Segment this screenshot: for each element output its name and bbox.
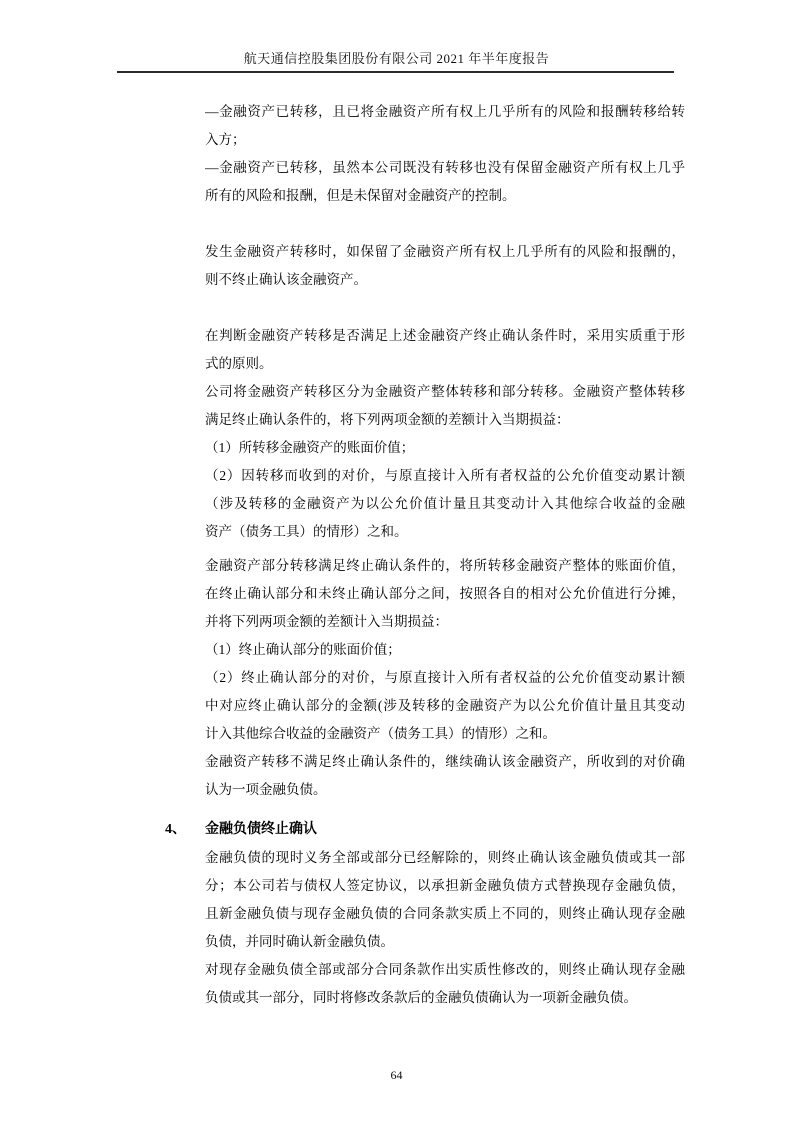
paragraph: 金融资产转移不满足终止确认条件的，继续确认该金融资产，所收到的对价确认为一项金融… xyxy=(205,748,685,804)
text-line: （1）所转移金融资产的账面价值； xyxy=(205,434,685,462)
paragraph: —金融资产已转移，虽然本公司既没有转移也没有保留金融资产所有权上几乎所有的风险和… xyxy=(205,154,685,210)
text-line: 负债或其一部分，同时将修改条款后的金融负债确认为一项新金融负债。 xyxy=(205,984,685,1012)
section-heading: 4、金融负债终止确认 xyxy=(165,816,685,844)
section-number: 4、 xyxy=(165,816,205,844)
report-header-title: 航天通信控股集团股份有限公司 2021 年半年度报告 xyxy=(0,50,793,68)
text-line: 对现存金融负债全部或部分合同条款作出实质性修改的，则终止确认现存金融 xyxy=(205,956,685,984)
text-line: 中对应终止确认部分的金额(涉及转移的金融资产为以公允价值计量且其变动 xyxy=(205,692,685,720)
paragraph: （2）终止确认部分的对价，与原直接计入所有者权益的公允价值变动累计额中对应终止确… xyxy=(205,664,685,748)
text-line: 所有的风险和报酬，但是未保留对金融资产的控制。 xyxy=(205,182,685,210)
text-line: 计入其他综合收益的金融资产（债务工具）的情形）之和。 xyxy=(205,720,685,748)
paragraph: 公司将金融资产转移区分为金融资产整体转移和部分转移。金融资产整体转移满足终止确认… xyxy=(205,378,685,434)
text-line: 且新金融负债与现存金融负债的合同条款实质上不同的，则终止确认现存金融 xyxy=(205,900,685,928)
text-line: 则不终止确认该金融资产。 xyxy=(205,266,685,294)
text-line: （2）因转移而收到的对价，与原直接计入所有者权益的公允价值变动累计额 xyxy=(205,462,685,490)
paragraph: 金融资产部分转移满足终止确认条件的，将所转移金融资产整体的账面价值，在终止确认部… xyxy=(205,552,685,636)
text-line: 在判断金融资产转移是否满足上述金融资产终止确认条件时，采用实质重于形 xyxy=(205,322,685,350)
text-line: （涉及转移的金融资产为以公允价值计量且其变动计入其他综合收益的金融 xyxy=(205,490,685,518)
text-line: 资产（债务工具）的情形）之和。 xyxy=(205,518,685,546)
text-line: 分；本公司若与债权人签定协议，以承担新金融负债方式替换现存金融负债， xyxy=(205,872,685,900)
text-line: （1）终止确认部分的账面价值； xyxy=(205,636,685,664)
paragraph: 金融负债的现时义务全部或部分已经解除的，则终止确认该金融负债或其一部分；本公司若… xyxy=(205,844,685,956)
text-line: 金融资产转移不满足终止确认条件的，继续确认该金融资产，所收到的对价确 xyxy=(205,748,685,776)
text-line: 认为一项金融负债。 xyxy=(205,776,685,804)
header-divider xyxy=(117,71,674,73)
paragraph: 在判断金融资产转移是否满足上述金融资产终止确认条件时，采用实质重于形式的原则。 xyxy=(205,322,685,378)
paragraph: （2）因转移而收到的对价，与原直接计入所有者权益的公允价值变动累计额（涉及转移的… xyxy=(205,462,685,546)
document-body: —金融资产已转移，且已将金融资产所有权上几乎所有的风险和报酬转移给转入方；—金融… xyxy=(165,98,685,1012)
paragraph-spacer xyxy=(165,804,685,816)
paragraph-spacer xyxy=(165,294,685,322)
paragraph: —金融资产已转移，且已将金融资产所有权上几乎所有的风险和报酬转移给转入方； xyxy=(205,98,685,154)
text-line: 入方； xyxy=(205,126,685,154)
page-number: 64 xyxy=(391,1068,403,1082)
text-line: 金融负债的现时义务全部或部分已经解除的，则终止确认该金融负债或其一部 xyxy=(205,844,685,872)
paragraph-spacer xyxy=(165,210,685,238)
text-line: —金融资产已转移，虽然本公司既没有转移也没有保留金融资产所有权上几乎 xyxy=(205,154,685,182)
text-line: 发生金融资产转移时，如保留了金融资产所有权上几乎所有的风险和报酬的， xyxy=(205,238,685,266)
paragraph: 发生金融资产转移时，如保留了金融资产所有权上几乎所有的风险和报酬的，则不终止确认… xyxy=(205,238,685,294)
text-line: 式的原则。 xyxy=(205,350,685,378)
paragraph: （1）终止确认部分的账面价值； xyxy=(205,636,685,664)
text-line: 并将下列两项金额的差额计入当期损益： xyxy=(205,608,685,636)
text-line: 金融资产部分转移满足终止确认条件的，将所转移金融资产整体的账面价值， xyxy=(205,552,685,580)
text-line: （2）终止确认部分的对价，与原直接计入所有者权益的公允价值变动累计额 xyxy=(205,664,685,692)
section-title: 金融负债终止确认 xyxy=(205,816,685,844)
paragraph: （1）所转移金融资产的账面价值； xyxy=(205,434,685,462)
text-line: 公司将金融资产转移区分为金融资产整体转移和部分转移。金融资产整体转移 xyxy=(205,378,685,406)
text-line: 负债，并同时确认新金融负债。 xyxy=(205,928,685,956)
text-line: —金融资产已转移，且已将金融资产所有权上几乎所有的风险和报酬转移给转 xyxy=(205,98,685,126)
paragraph: 对现存金融负债全部或部分合同条款作出实质性修改的，则终止确认现存金融负债或其一部… xyxy=(205,956,685,1012)
page-footer: 64 xyxy=(0,1068,793,1083)
text-line: 满足终止确认条件的，将下列两项金额的差额计入当期损益： xyxy=(205,406,685,434)
document-page: 航天通信控股集团股份有限公司 2021 年半年度报告 —金融资产已转移，且已将金… xyxy=(0,0,793,1122)
text-line: 在终止确认部分和未终止确认部分之间，按照各自的相对公允价值进行分摊， xyxy=(205,580,685,608)
